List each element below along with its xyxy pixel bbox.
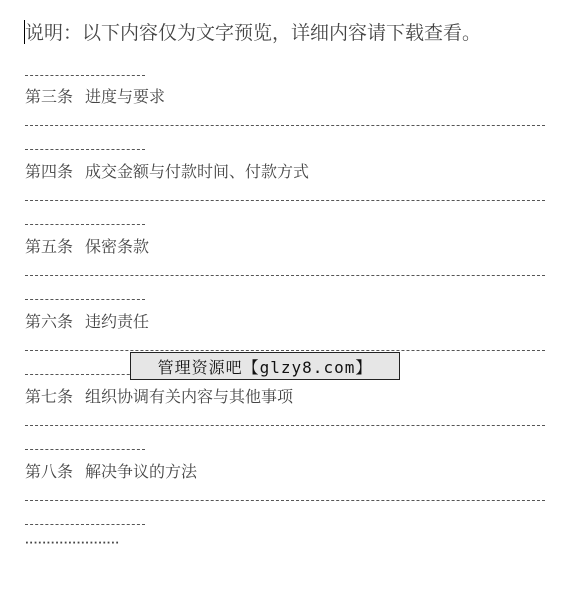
clause-8: 第八条解决争议的方法 (25, 459, 197, 482)
fill-line-short (25, 149, 145, 150)
clause-5: 第五条保密条款 (25, 234, 149, 257)
fill-line-long (25, 500, 545, 501)
clause-number: 第四条 (25, 162, 73, 181)
clause-number: 第八条 (25, 462, 73, 481)
fill-line-short (25, 299, 145, 300)
fill-line-long (25, 200, 545, 201)
fill-line-long (25, 275, 545, 276)
fill-line-short (25, 374, 145, 375)
clause-title: 违约责任 (85, 312, 149, 331)
fill-line-long (25, 350, 545, 351)
clause-title: 进度与要求 (85, 87, 165, 106)
clause-number: 第三条 (25, 87, 73, 106)
fill-line-short (25, 75, 145, 76)
clause-4: 第四条成交金额与付款时间、付款方式 (25, 159, 309, 182)
fill-line-short (25, 524, 145, 525)
fill-line-short (25, 224, 145, 225)
clause-title: 解决争议的方法 (85, 462, 197, 481)
clause-number: 第五条 (25, 237, 73, 256)
preview-notice: 说明：以下内容仅为文字预览，详细内容请下载查看。 (25, 18, 481, 45)
clause-number: 第七条 (25, 387, 73, 406)
clause-title: 组织协调有关内容与其他事项 (85, 387, 293, 406)
clause-6: 第六条违约责任 (25, 309, 149, 332)
clause-title: 保密条款 (85, 237, 149, 256)
fill-line-long (25, 125, 545, 126)
clause-3: 第三条进度与要求 (25, 84, 165, 107)
clause-title: 成交金额与付款时间、付款方式 (85, 162, 309, 181)
fill-line-short (25, 449, 145, 450)
clause-number: 第六条 (25, 312, 73, 331)
clause-7: 第七条组织协调有关内容与其他事项 (25, 384, 293, 407)
watermark-banner: 管理资源吧【glzy8.com】 (130, 352, 400, 380)
fill-line-long (25, 425, 545, 426)
ellipsis-dots: ······················ (25, 540, 120, 548)
